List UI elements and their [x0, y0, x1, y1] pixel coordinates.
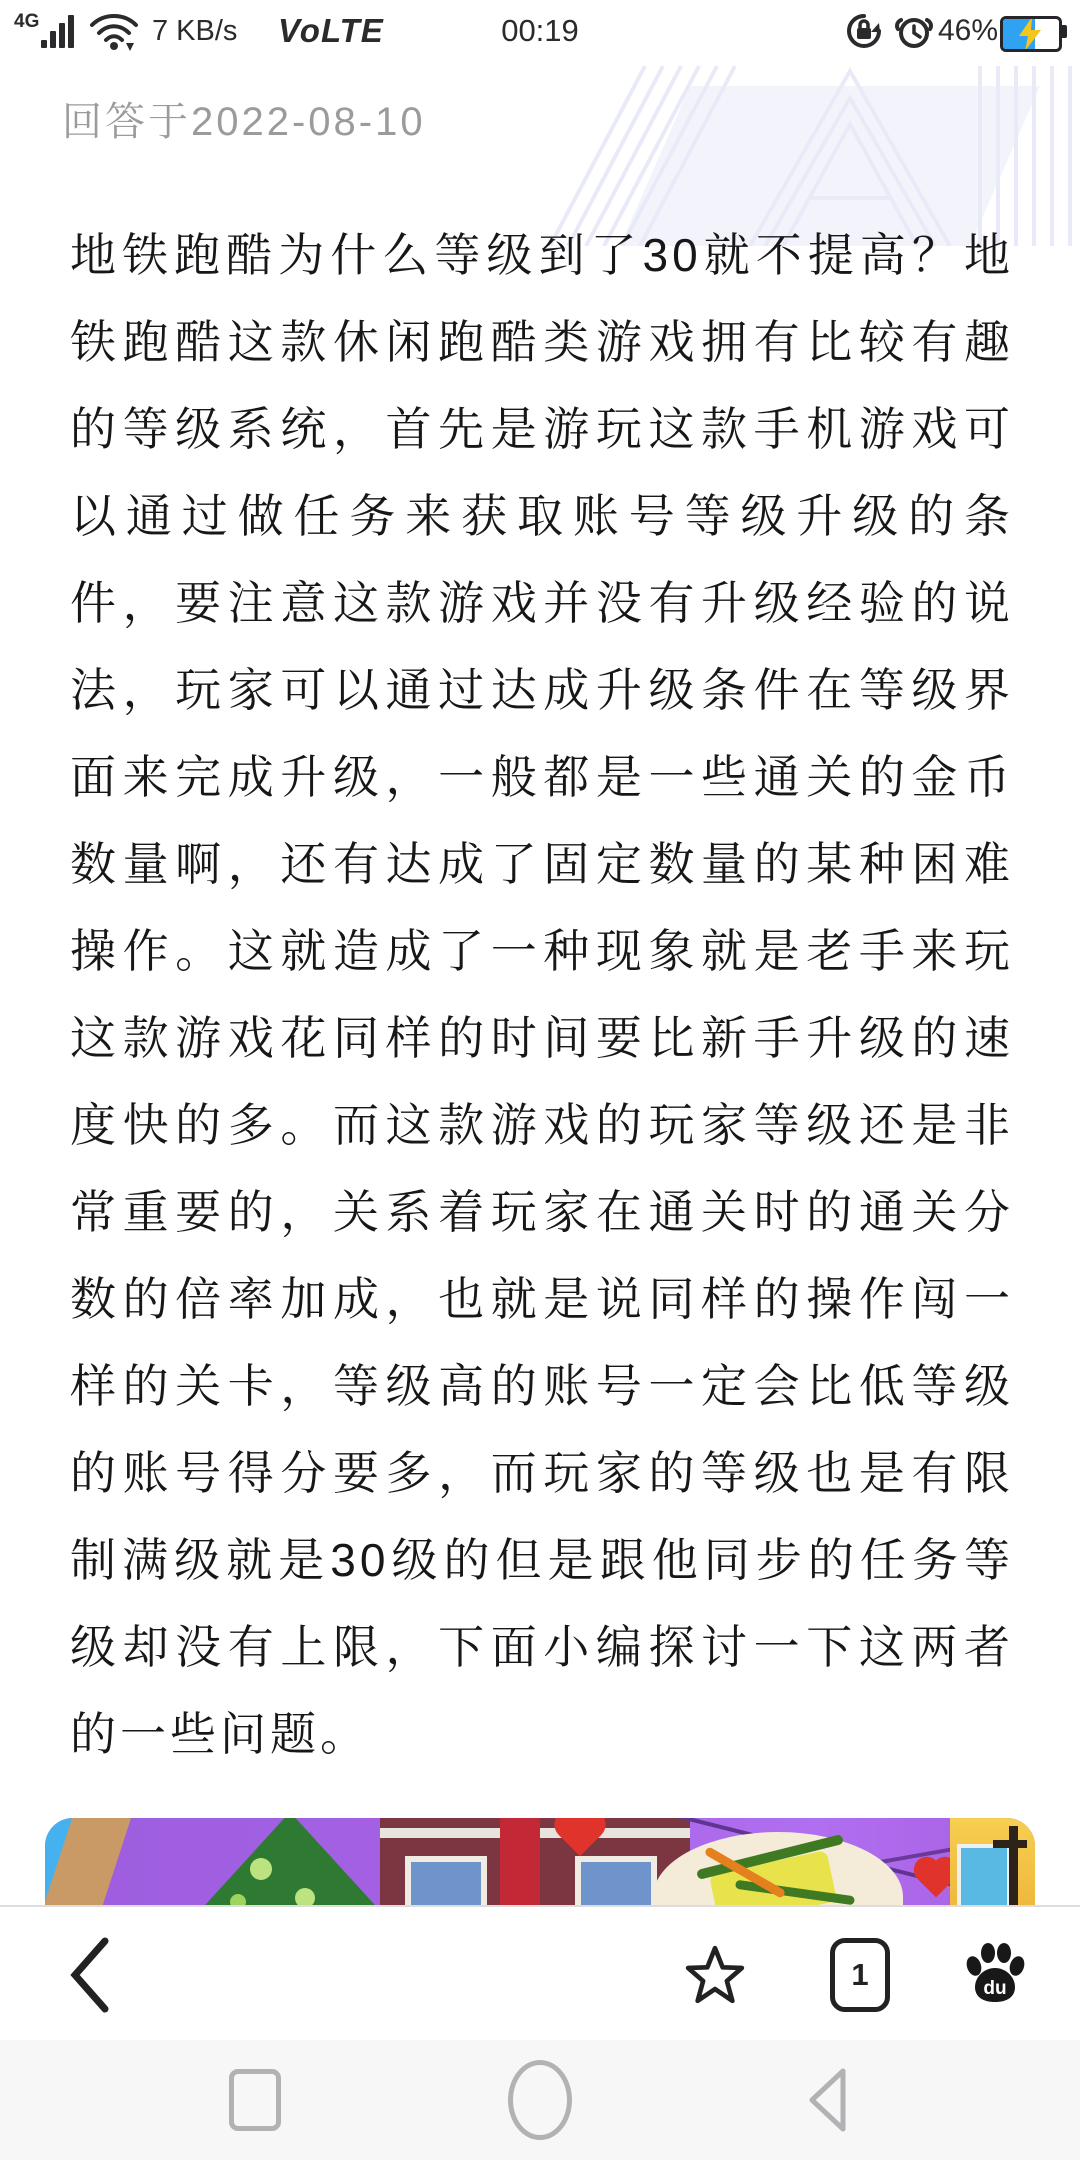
tab-counter-button[interactable]: 1: [820, 1907, 900, 2042]
battery-icon: [1000, 16, 1062, 52]
image-tree: [195, 1818, 385, 1906]
tab-count-badge: 1: [830, 1938, 890, 2012]
recents-square-icon: [229, 2069, 281, 2131]
status-bar: 4G 7 KB/s VoLTE 00:19: [0, 0, 1080, 62]
baidu-paw-button[interactable]: du: [955, 1907, 1035, 2042]
home-button[interactable]: [490, 2040, 590, 2160]
nav-back-button[interactable]: [778, 2040, 878, 2160]
answer-date: 回答于2022-08-10: [62, 90, 426, 147]
android-nav-bar: [0, 2040, 1080, 2160]
back-button[interactable]: [55, 1907, 125, 2042]
alarm-icon: [893, 0, 935, 62]
home-circle-icon: [508, 2060, 572, 2140]
image-window: [575, 1856, 657, 1906]
heart-decoration: [918, 1861, 955, 1898]
image-lamp-post: [1009, 1826, 1018, 1906]
image-tree-light: [295, 1888, 315, 1906]
article-image-subway-surfers[interactable]: [45, 1818, 1035, 1906]
back-triangle-icon: [803, 2063, 853, 2137]
image-window-right: [957, 1844, 1011, 1906]
battery-nub: [1062, 25, 1067, 38]
image-window: [405, 1856, 487, 1906]
image-lamp-arm: [993, 1840, 1027, 1848]
image-red-pillar: [500, 1818, 540, 1906]
browser-toolbar: 1 du: [0, 1905, 1080, 2042]
rotation-lock-icon: [843, 0, 885, 62]
article-body: 地铁跑酷为什么等级到了30就不提高？地铁跑酷这款休闲跑酷类游戏拥有比较有趣的等级…: [70, 212, 1014, 1778]
recents-button[interactable]: [205, 2040, 305, 2160]
baidu-du-label: du: [983, 1978, 1006, 1999]
image-tree-light: [250, 1858, 272, 1880]
screen: 4G 7 KB/s VoLTE 00:19: [0, 0, 1080, 2160]
battery-percent-label: 46%: [938, 0, 998, 62]
favorite-star-button[interactable]: [675, 1907, 755, 2042]
